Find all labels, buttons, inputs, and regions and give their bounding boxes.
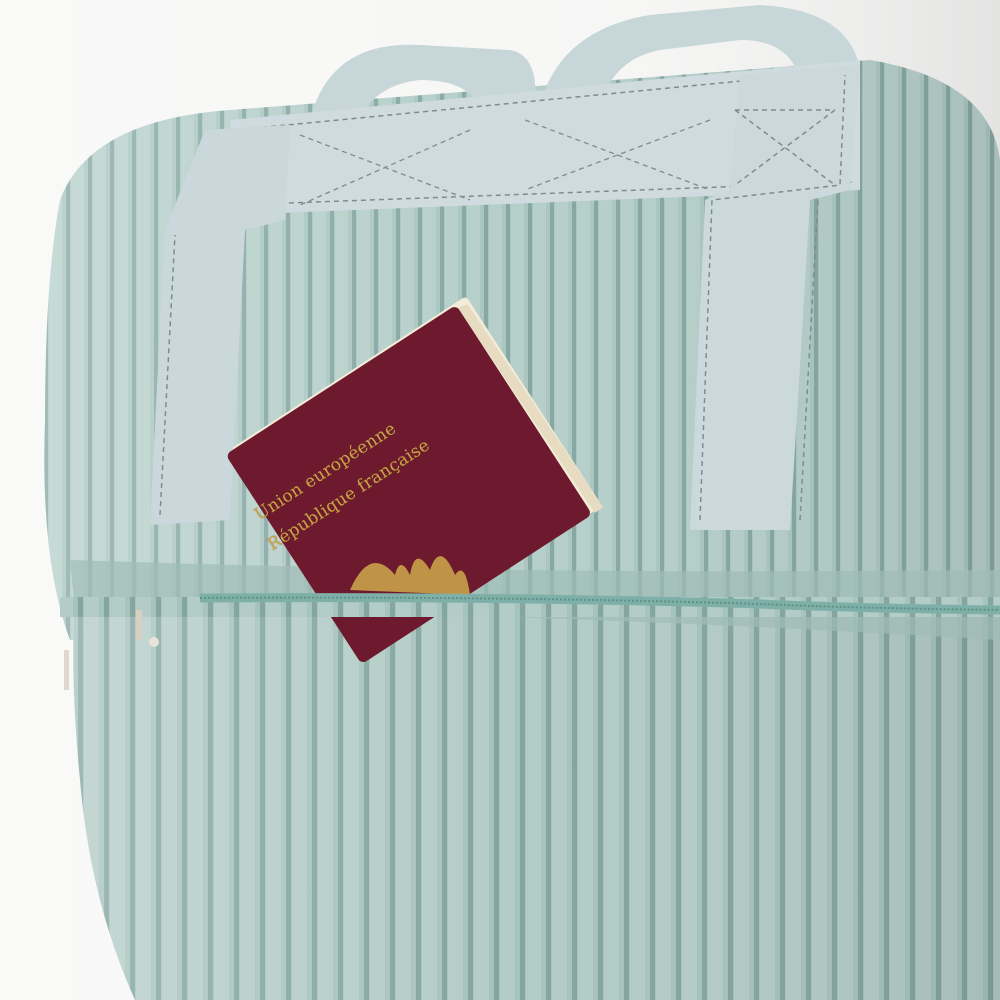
bag-illustration bbox=[0, 0, 1000, 1000]
product-photo: Union européenne République française bbox=[0, 0, 1000, 1000]
